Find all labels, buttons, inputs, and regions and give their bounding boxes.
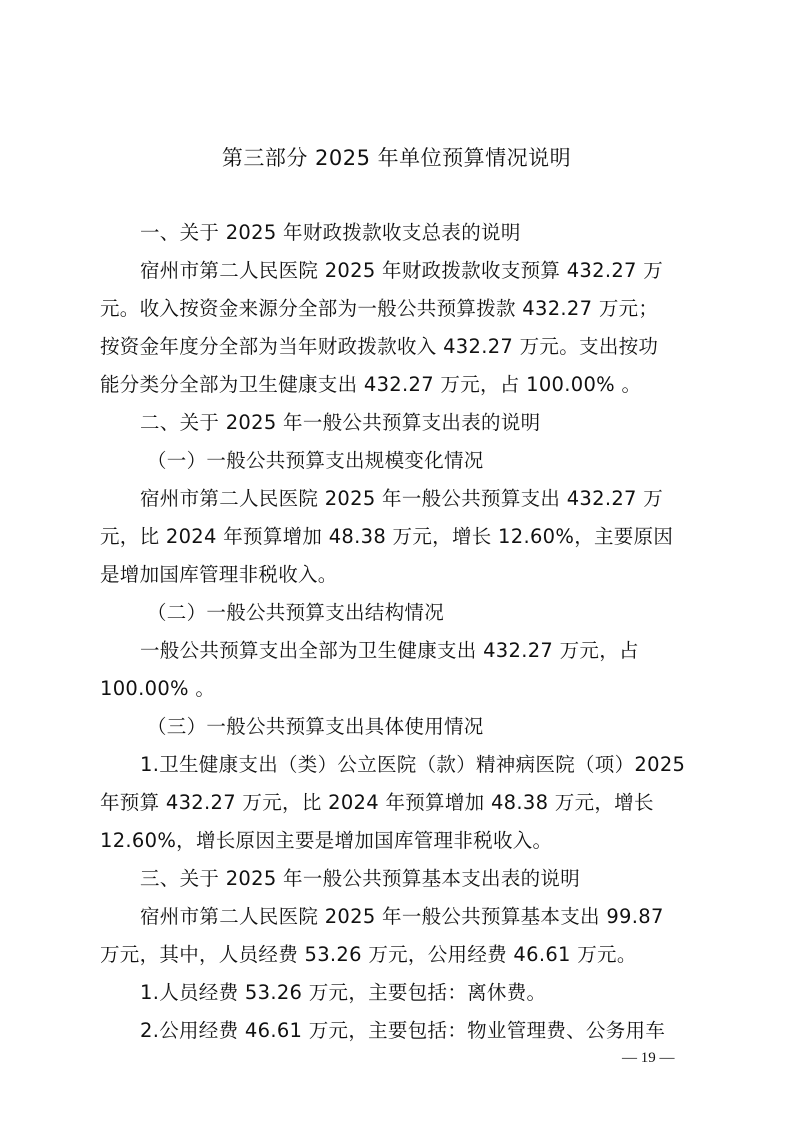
list-item: 1.人员经费 53.26 万元，主要包括：离休费。 [140, 980, 546, 1006]
paragraph-line: 能分类分全部为卫生健康支出 432.27 万元，占 100.00% 。 [100, 372, 641, 398]
paragraph-line: 是增加国库管理非税收入。 [100, 562, 338, 588]
paragraph-line: 1.卫生健康支出（类）公立医院（款）精神病医院（项）2025 [140, 752, 685, 778]
section-heading-3: 三、关于 2025 年一般公共预算基本支出表的说明 [140, 866, 580, 892]
paragraph-line: 按资金年度分全部为当年财政拨款收入 432.27 万元。支出按功 [100, 334, 658, 360]
page-number: — 19 — [622, 1050, 675, 1067]
paragraph-line: 元，比 2024 年预算增加 48.38 万元，增长 12.60%，主要原因 [100, 524, 673, 550]
paragraph-line: 宿州市第二人民医院 2025 年一般公共预算支出 432.27 万 [140, 486, 663, 512]
paragraph-line: 12.60%，增长原因主要是增加国库管理非税收入。 [100, 828, 552, 854]
subsection-heading-1: （一）一般公共预算支出规模变化情况 [147, 448, 484, 474]
paragraph-line: 100.00% 。 [100, 676, 215, 702]
paragraph-line: 万元，其中，人员经费 53.26 万元，公用经费 46.61 万元。 [100, 942, 637, 968]
subsection-heading-3: （三）一般公共预算支出具体使用情况 [147, 714, 484, 740]
paragraph-line: 一般公共预算支出全部为卫生健康支出 432.27 万元，占 [140, 638, 639, 664]
list-item: 2.公用经费 46.61 万元，主要包括：物业管理费、公务用车 [140, 1018, 665, 1044]
section-heading-1: 一、关于 2025 年财政拨款收支总表的说明 [140, 220, 521, 246]
paragraph-line: 宿州市第二人民医院 2025 年一般公共预算基本支出 99.87 [140, 904, 664, 930]
paragraph-line: 宿州市第二人民医院 2025 年财政拨款收支预算 432.27 万 [140, 258, 663, 284]
subsection-heading-2: （二）一般公共预算支出结构情况 [147, 600, 444, 626]
page-title: 第三部分 2025 年单位预算情况说明 [0, 142, 793, 172]
paragraph-line: 年预算 432.27 万元，比 2024 年预算增加 48.38 万元，增长 [100, 790, 654, 816]
paragraph-line: 元。收入按资金来源分全部为一般公共预算拨款 432.27 万元； [100, 296, 658, 322]
section-heading-2: 二、关于 2025 年一般公共预算支出表的说明 [140, 410, 540, 436]
